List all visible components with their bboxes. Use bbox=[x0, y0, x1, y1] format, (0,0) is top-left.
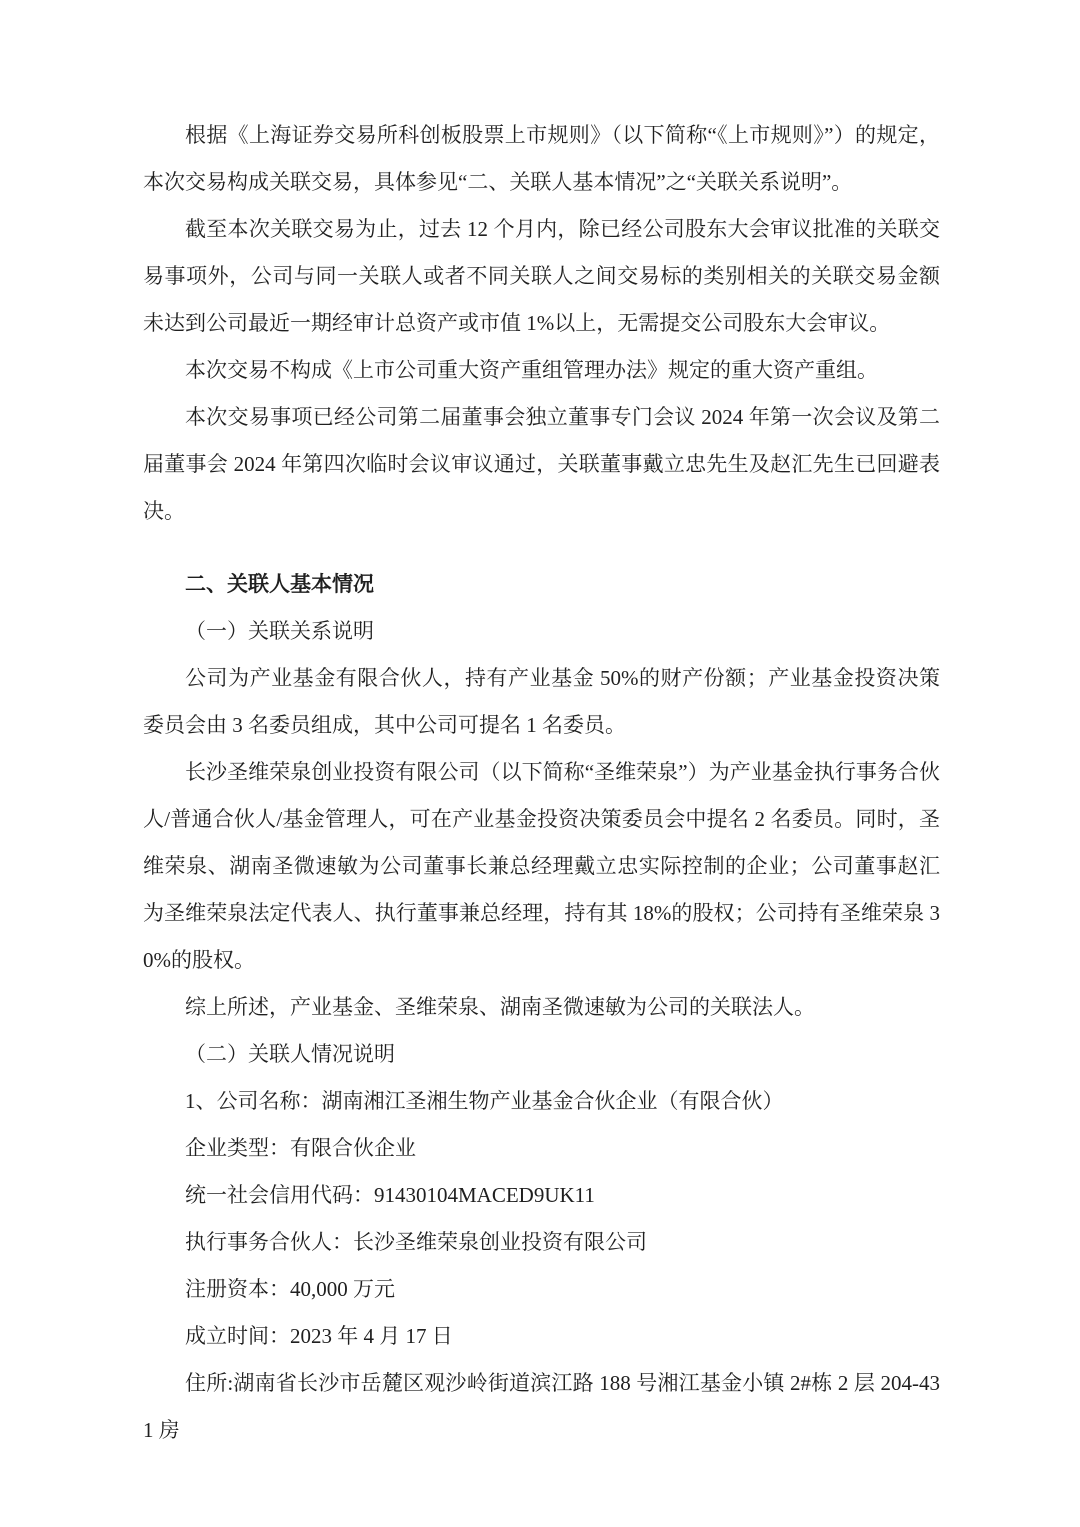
paragraph: 住所:湖南省长沙市岳麓区观沙岭街道滨江路 188 号湘江基金小镇 2#栋 2 层… bbox=[143, 1360, 940, 1454]
paragraph: 本次交易事项已经公司第二届董事会独立董事专门会议 2024 年第一次会议及第二届… bbox=[143, 394, 940, 535]
paragraph: （一）关联关系说明 bbox=[143, 608, 940, 655]
paragraph: 公司为产业基金有限合伙人，持有产业基金 50%的财产份额；产业基金投资决策委员会… bbox=[143, 655, 940, 749]
paragraph: （二）关联人情况说明 bbox=[143, 1031, 940, 1078]
paragraph: 注册资本：40,000 万元 bbox=[143, 1266, 940, 1313]
paragraph: 统一社会信用代码：91430104MACED9UK11 bbox=[143, 1172, 940, 1219]
paragraph: 执行事务合伙人：长沙圣维荣泉创业投资有限公司 bbox=[143, 1219, 940, 1266]
paragraph: 综上所述，产业基金、圣维荣泉、湖南圣微速敏为公司的关联法人。 bbox=[143, 984, 940, 1031]
paragraph: 企业类型：有限合伙企业 bbox=[143, 1125, 940, 1172]
paragraph: 长沙圣维荣泉创业投资有限公司（以下简称“圣维荣泉”）为产业基金执行事务合伙人/普… bbox=[143, 749, 940, 984]
paragraph: 截至本次关联交易为止，过去 12 个月内，除已经公司股东大会审议批准的关联交易事… bbox=[143, 206, 940, 347]
document-content: 根据《上海证券交易所科创板股票上市规则》（以下简称“《上市规则》”）的规定，本次… bbox=[143, 112, 940, 1454]
paragraph: 根据《上海证券交易所科创板股票上市规则》（以下简称“《上市规则》”）的规定，本次… bbox=[143, 112, 940, 206]
paragraph: 成立时间：2023 年 4 月 17 日 bbox=[143, 1313, 940, 1360]
paragraph: 本次交易不构成《上市公司重大资产重组管理办法》规定的重大资产重组。 bbox=[143, 347, 940, 394]
section-heading: 二、关联人基本情况 bbox=[143, 561, 940, 608]
paragraph: 1、公司名称：湖南湘江圣湘生物产业基金合伙企业（有限合伙） bbox=[143, 1078, 940, 1125]
document-page: 根据《上海证券交易所科创板股票上市规则》（以下简称“《上市规则》”）的规定，本次… bbox=[0, 0, 1080, 1527]
